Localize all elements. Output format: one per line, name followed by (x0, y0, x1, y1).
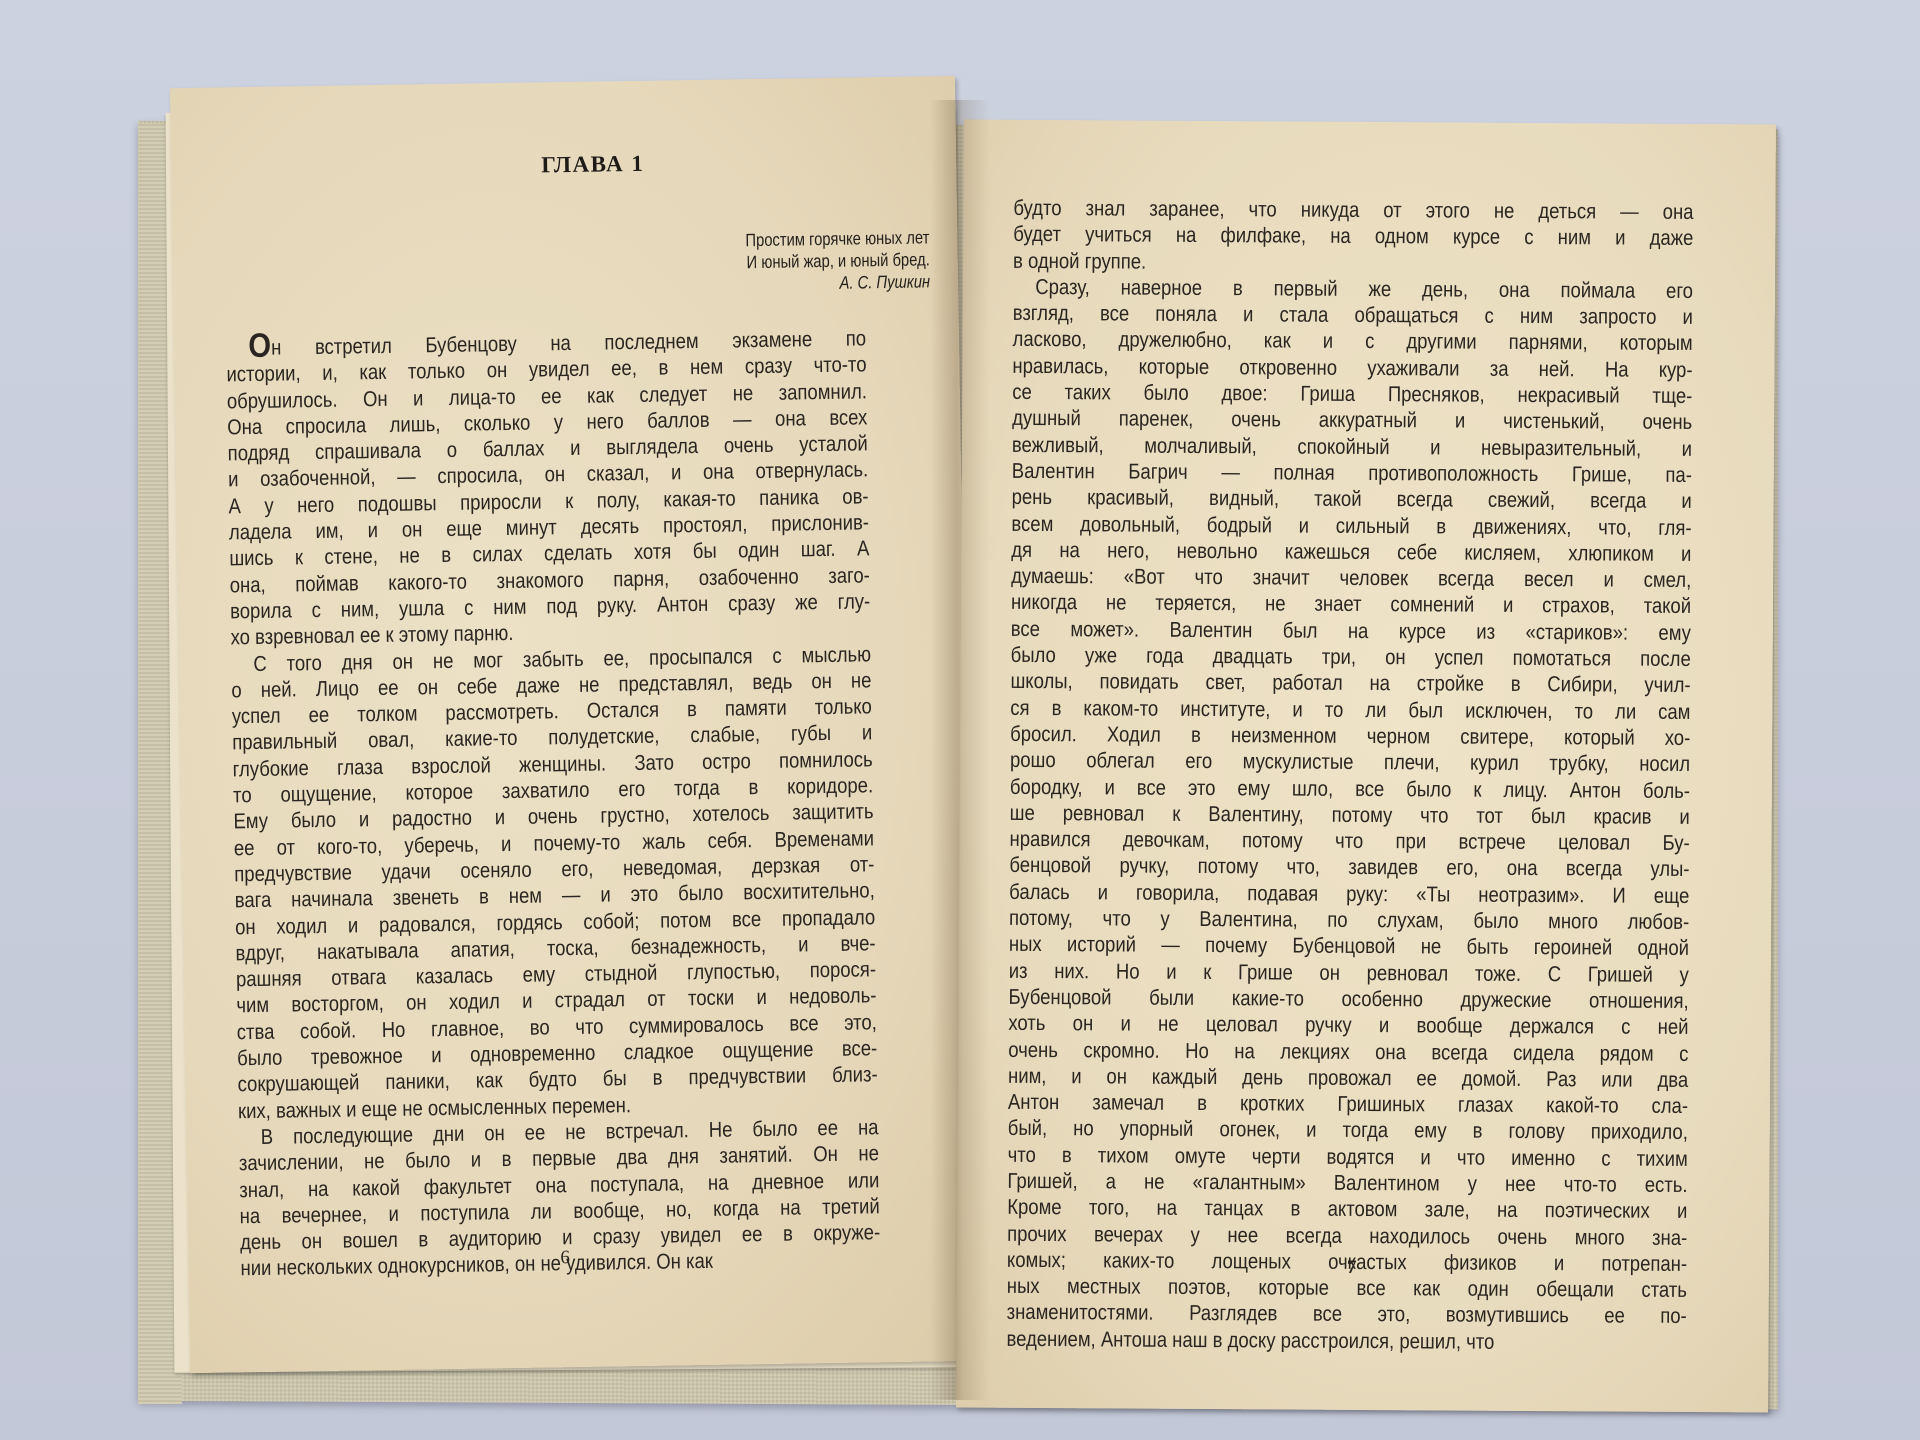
text-line: что в тихом омуте черти водятся и что им… (1008, 1142, 1688, 1172)
text-line: вежливый, молчаливый, спокойный и невыра… (1012, 432, 1692, 462)
text-line: рошо облегал его мускулистые плечи, кури… (1010, 747, 1690, 777)
text-line: ведением, Антоша наш в доску расстроился… (1006, 1326, 1686, 1356)
text-line: ним, и он каждый день провожал ее домой.… (1008, 1063, 1688, 1093)
text-line: Бубенцовой были какие-то особенно дружес… (1009, 984, 1689, 1014)
text-line: в одной группе. (1013, 247, 1693, 277)
text-line: бенцовой ручку, потому что, завидев его,… (1009, 852, 1689, 882)
text-line: взгляд, все поняла и стала обращаться с … (1013, 300, 1693, 330)
text-line: бородку, и все это ему шло, все было к л… (1010, 773, 1690, 803)
text-line: ласково, дружелюбно, как и с другими пар… (1013, 326, 1693, 356)
text-line: се таких было двое: Гриша Пресняков, нек… (1012, 379, 1692, 409)
text-line: Антон замечал в кротких Гришиных глазах … (1008, 1089, 1688, 1119)
text-line: Гришей, а не «галантным» Валентином у не… (1007, 1168, 1687, 1198)
text-line: из них. Но и к Грише он ревновал тоже. С… (1009, 957, 1689, 987)
chapter-title: ГЛАВА 1 (541, 151, 645, 179)
text-line: будет учиться на филфаке, на одном курсе… (1013, 221, 1693, 251)
text-line: очень скромно. Но на лекциях она всегда … (1008, 1036, 1688, 1066)
body-text: Он встретил Бубенцову на последнем экзам… (226, 325, 881, 1282)
page-number: 6 (560, 1247, 570, 1269)
text-line: думаешь: «Вот что значит человек всегда … (1011, 563, 1691, 593)
text-line: ше ревновал к Валентину, потому что тот … (1010, 800, 1690, 830)
text-line: балась и говорила, подавая руку: «Ты нео… (1009, 879, 1689, 909)
text-line: бый, но упорный огонек, и тогда ему в го… (1008, 1115, 1688, 1145)
drop-cap: О (248, 327, 271, 365)
right-page: будто знал заранее, что никуда от этого … (956, 120, 1776, 1413)
text-line: потому, что у Валентина, по слухам, было… (1009, 905, 1689, 935)
text-line: будто знал заранее, что никуда от этого … (1013, 195, 1693, 225)
text-line: ных историй — почему Бубенцовой не быть … (1009, 931, 1689, 961)
left-page: ГЛАВА 1 Простим горячке юных лет И юный … (170, 76, 975, 1373)
text-line: Сразу, наверное в первый же день, она по… (1013, 274, 1693, 304)
text-line: никогда не теряется, не знает сомнений и… (1011, 589, 1691, 619)
text-line: Валентин Багрич — полная противоположнос… (1012, 458, 1692, 488)
text-line: ся в каком-то институте, и то ли был иск… (1010, 694, 1690, 724)
text-line: все может». Валентин был на курсе из «ст… (1011, 616, 1691, 646)
text-line: прочих вечерах у нее всегда находилось о… (1007, 1220, 1687, 1250)
text-line: всем довольный, бодрый и сильный в движе… (1011, 510, 1691, 540)
text-line: знаменитостями. Разглядев все это, возму… (1007, 1299, 1687, 1329)
text-line: бросил. Ходил в неизменном черном свитер… (1010, 721, 1690, 751)
text-line: Кроме того, на танцах в актовом зале, на… (1007, 1194, 1687, 1224)
body-text: будто знал заранее, что никуда от этого … (1006, 195, 1693, 1356)
text-line: школы, повидать свет, работал на стройке… (1010, 668, 1690, 698)
text-line: нравился девочкам, потому что при встреч… (1009, 826, 1689, 856)
text-line: нравилась, которые откровенно ухаживали … (1012, 353, 1692, 383)
text-line: душный паренек, очень аккуратный и чисте… (1012, 405, 1692, 435)
text-line: дя на него, невольно кажешься себе кисля… (1011, 537, 1691, 567)
epigraph: Простим горячке юных лет И юный жар, и ю… (659, 226, 931, 296)
epigraph-author: А. С. Пушкин (659, 270, 930, 296)
text-line: хоть он и не целовал ручку и вообще держ… (1008, 1010, 1688, 1040)
page-number: 7 (1347, 1257, 1357, 1279)
text-line: было уже года двадцать три, он успел пом… (1011, 642, 1691, 672)
text-line: рень красивый, видный, такой всегда свеж… (1012, 484, 1692, 514)
